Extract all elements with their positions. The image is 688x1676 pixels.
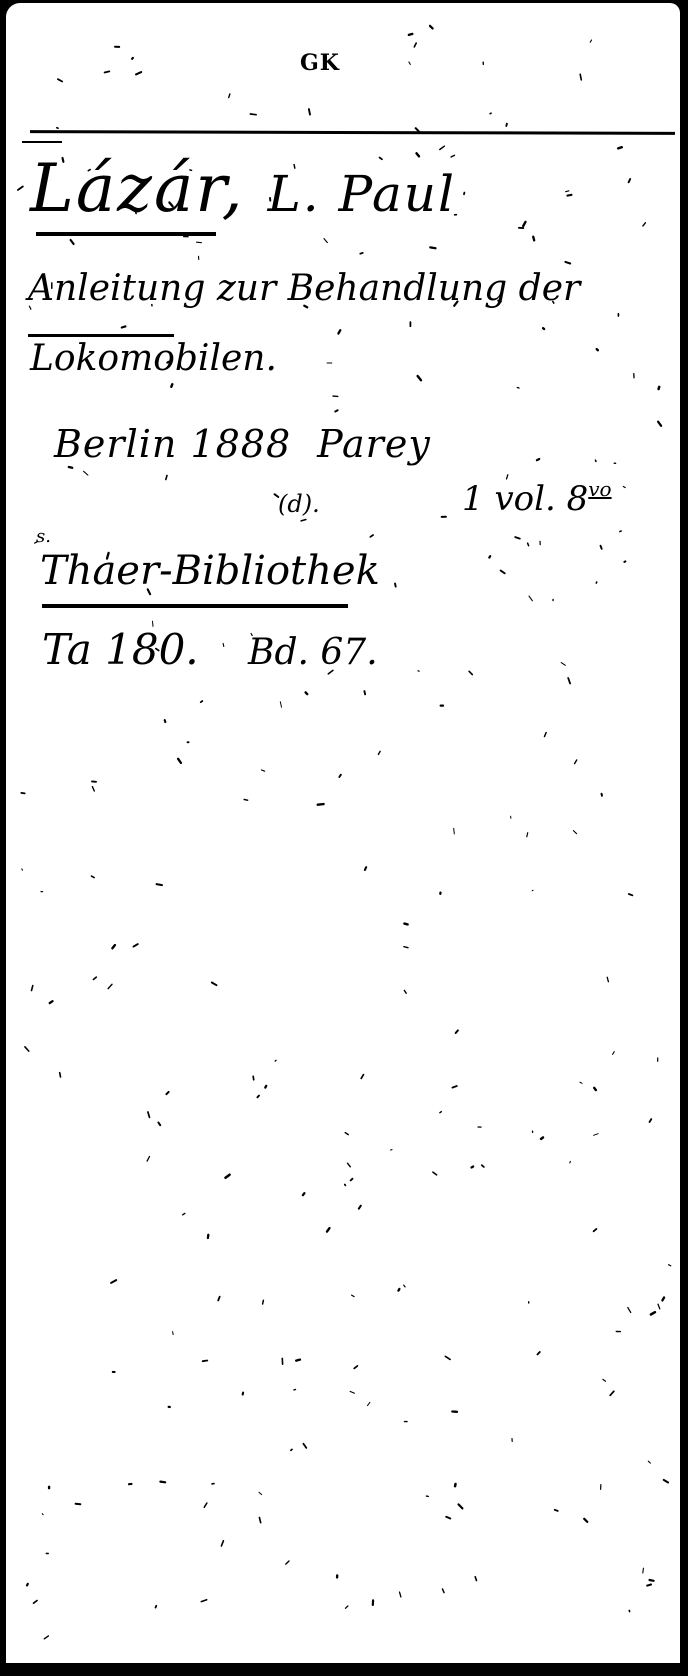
imprint-place-year: Berlin 1888 xyxy=(54,422,291,466)
author-surname: Lázár, xyxy=(30,150,245,227)
volume-count: 1 vol. 8 xyxy=(462,479,588,519)
volume-format: 1 vol. 8vo xyxy=(462,477,612,519)
shelfmark: Ta 180. xyxy=(42,625,199,674)
header-rule-tick xyxy=(22,141,62,143)
title-line-2: Lokomobilen. xyxy=(30,338,277,379)
author-underline xyxy=(36,232,216,236)
note: (d). xyxy=(278,490,320,518)
author-heading: Lázár, L. Paul xyxy=(30,150,456,227)
imprint-publisher: Parey xyxy=(317,422,431,466)
imprint: Berlin 1888Parey xyxy=(54,422,431,466)
series-underline xyxy=(42,604,348,608)
author-given-name: L. Paul xyxy=(268,165,456,223)
scan-border-bottom xyxy=(0,1663,688,1676)
series-name: Thaer-Bibliothek xyxy=(40,548,380,594)
volume-format-superscript: vo xyxy=(588,477,611,501)
title-underline xyxy=(28,334,174,337)
title-line-1: Anleitung zur Behandlung der xyxy=(28,268,580,309)
see-also-prefix: s. xyxy=(36,526,51,547)
collection-stamp: GK xyxy=(300,50,340,76)
series-volume-number: Bd. 67. xyxy=(248,632,378,673)
catalog-card xyxy=(6,3,680,1663)
